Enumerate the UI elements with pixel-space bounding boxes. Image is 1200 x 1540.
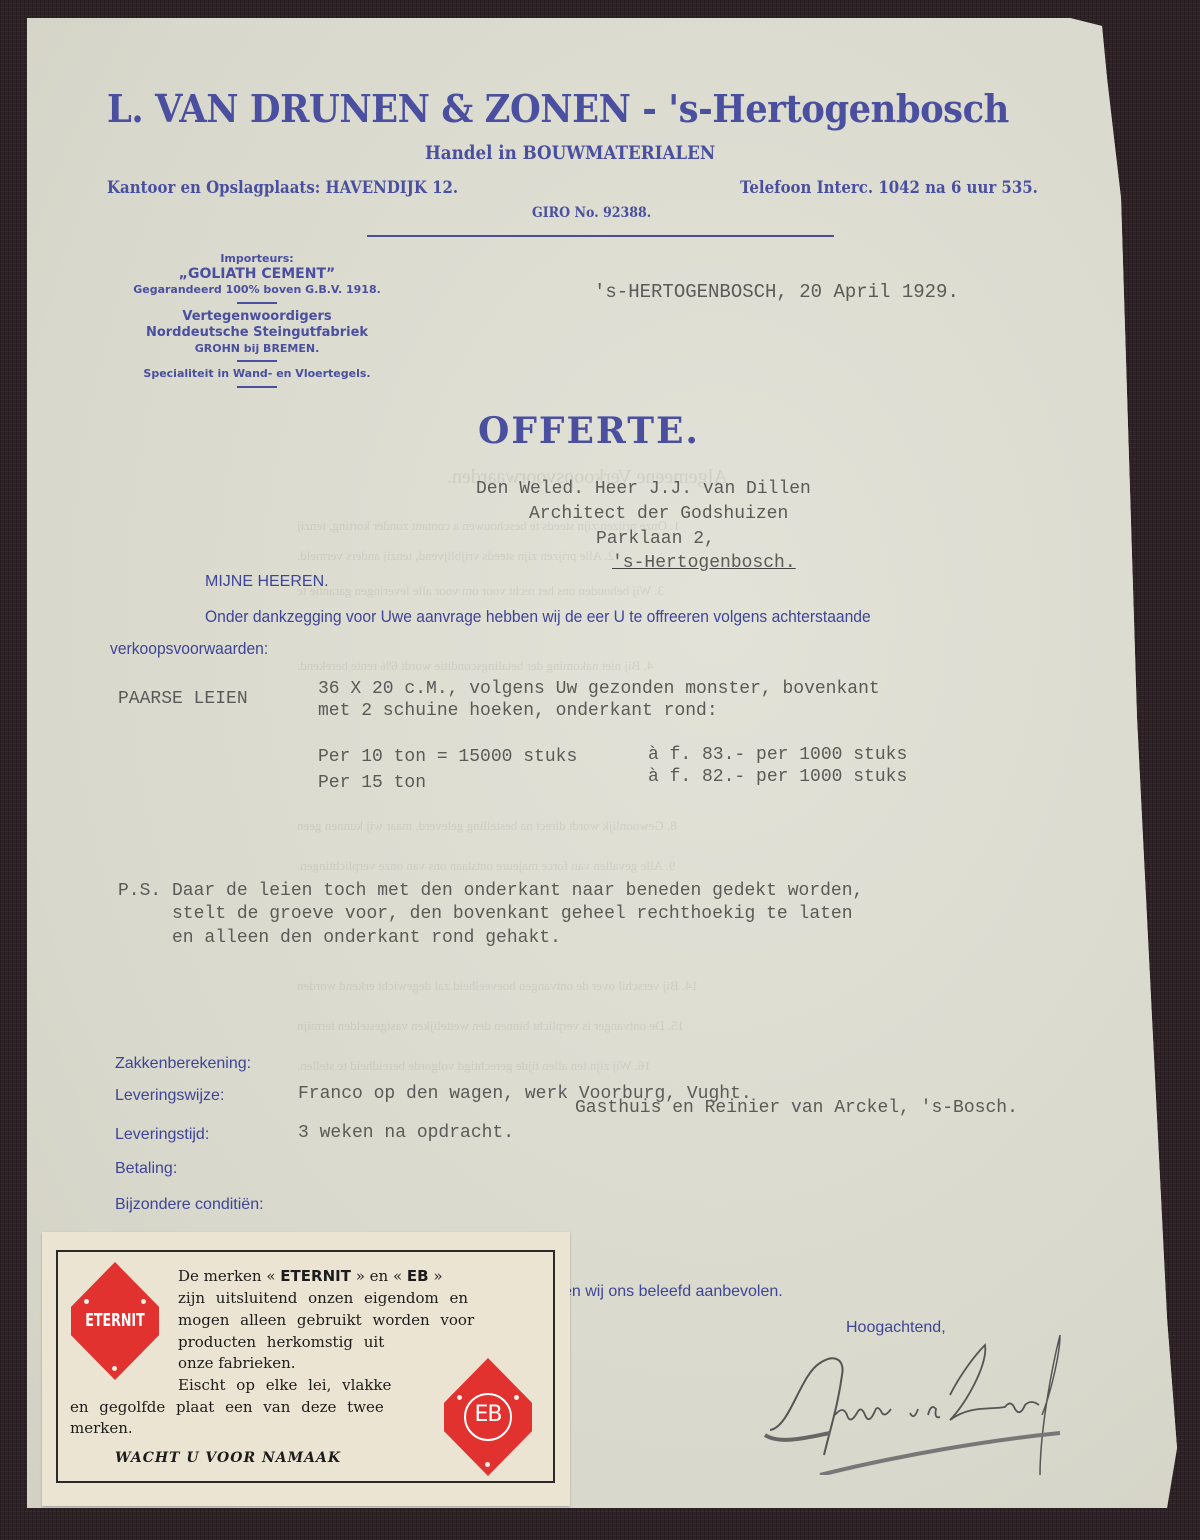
header-divider bbox=[367, 235, 834, 237]
signature bbox=[760, 1335, 1100, 1480]
date-line: 's-HERTOGENBOSCH, 20 April 1929. bbox=[594, 281, 959, 303]
sticker-warning: WACHT U VOOR NAMAAK bbox=[115, 1448, 341, 1469]
show-through-text: 16. Wij zijn ten allen tijde gerechtigd … bbox=[297, 1058, 651, 1074]
sidebar-divider bbox=[237, 386, 277, 388]
sticker-line-1: De merken « ETERNIT » en « EB » bbox=[178, 1266, 443, 1287]
bags-label: Zakkenberekening: bbox=[115, 1055, 251, 1073]
sticker-line-8: merken. bbox=[70, 1418, 133, 1439]
company-telephone: Telefoon Interc. 1042 na 6 uur 535. bbox=[740, 178, 1038, 198]
company-name: L. VAN DRUNEN & ZONEN - 's-Hertogenbosch bbox=[107, 86, 1009, 131]
sticker-line-2: zijn uitsluitend onzen eigendom en bbox=[178, 1288, 468, 1309]
show-through-text: 9. Alle gevallen van force majeure ontsl… bbox=[297, 858, 675, 874]
representative-location: GROHN bij BREMEN. bbox=[108, 342, 406, 356]
closing-text: en wij ons beleefd aanbevolen. bbox=[563, 1283, 783, 1301]
price-row-qty: Per 10 ton = 15000 stuks bbox=[318, 746, 577, 768]
sticker-line-5: onze fabrieken. bbox=[178, 1353, 296, 1374]
delivery-method-label: Leveringswijze: bbox=[115, 1087, 224, 1105]
show-through-text: 3. Wij behouden ons het recht voor om vo… bbox=[297, 583, 664, 599]
company-address: Kantoor en Opslagplaats: HAVENDIJK 12. bbox=[107, 178, 458, 198]
show-through-text: 2. Alle prijzen zijn steeds vrijblijvend… bbox=[297, 548, 614, 564]
postscript-line-3: en alleen den onderkant rond gehakt. bbox=[118, 927, 561, 949]
representative-company: Norddeutsche Steingutfabriek bbox=[108, 325, 406, 341]
show-through-text: 8. Gewoonlijk wordt direct na bestelling… bbox=[297, 818, 677, 834]
eternit-logo-text: ETERNIT bbox=[81, 1310, 150, 1331]
guarantee-text: Gegarandeerd 100% boven G.B.V. 1918. bbox=[108, 283, 406, 297]
eternit-trademark-sticker: ETERNIT EB De merken « ETERNIT » en « EB… bbox=[42, 1232, 570, 1506]
sticker-line-7: en gegolfde plaat een van deze twee bbox=[70, 1397, 384, 1418]
recipient-city: 's-Hertogenbosch. bbox=[612, 553, 796, 573]
show-through-text: 14. Bij verschil over de ontvangen hoeve… bbox=[297, 978, 698, 994]
recipient-street: Parklaan 2, bbox=[596, 529, 715, 549]
sticker-line-3: mogen alleen gebruikt worden voor bbox=[178, 1310, 474, 1331]
price-row-qty: Per 15 ton bbox=[318, 772, 426, 794]
salutation: MIJNE HEEREN. bbox=[205, 573, 329, 591]
company-giro: GIRO No. 92388. bbox=[532, 205, 651, 221]
company-trade: Handel in BOUWMATERIALEN bbox=[425, 142, 715, 164]
offer-description-2: met 2 schuine hoeken, onderkant rond: bbox=[318, 700, 718, 722]
show-through-text: 4. Bij niet nakoming der betalingscondit… bbox=[297, 658, 653, 674]
intro-line-2: verkoopsvoorwaarden: bbox=[110, 639, 268, 659]
recipient-name: Den Weled. Heer J.J. van Dillen bbox=[476, 479, 811, 499]
special-conditions-label: Bijzondere conditiën: bbox=[115, 1196, 264, 1214]
sidebar-divider bbox=[237, 302, 277, 304]
price-row-price: à f. 82.- per 1000 stuks bbox=[648, 766, 907, 788]
eb-logo-text: EB bbox=[444, 1402, 532, 1427]
show-through-text: 15. De ontvanger is verplicht binnen den… bbox=[297, 1018, 684, 1034]
offer-description-1: 36 X 20 c.M., volgens Uw gezonden monste… bbox=[318, 678, 880, 700]
sticker-line-4: producten herkomstig uit bbox=[178, 1332, 384, 1353]
postscript-line-1: P.S. Daar de leien toch met den onderkan… bbox=[118, 880, 863, 902]
recipient-title: Architect der Godshuizen bbox=[529, 504, 788, 524]
letterhead-sidebar: Importeurs: „GOLIATH CEMENT” Gegarandeer… bbox=[108, 252, 406, 393]
delivery-time-value: 3 weken na opdracht. bbox=[298, 1122, 514, 1144]
offer-product: PAARSE LEIEN bbox=[118, 688, 248, 710]
price-row-price: à f. 83.- per 1000 stuks bbox=[648, 744, 907, 766]
sticker-line-6: Eischt op elke lei, vlakke bbox=[178, 1375, 391, 1396]
importers-label: Importeurs: bbox=[108, 252, 406, 266]
sidebar-divider bbox=[237, 360, 277, 362]
payment-label: Betaling: bbox=[115, 1160, 177, 1178]
goliath-cement-brand: „GOLIATH CEMENT” bbox=[108, 266, 406, 284]
intro-line-1: Onder dankzegging voor Uwe aanvrage hebb… bbox=[205, 607, 871, 627]
delivery-method-value-2: Gasthuis en Reinier van Arckel, 's-Bosch… bbox=[575, 1097, 1018, 1119]
document-title: OFFERTE. bbox=[478, 410, 700, 452]
representatives-label: Vertegenwoordigers bbox=[108, 309, 406, 325]
speciality-text: Specialiteit in Wand- en Vloertegels. bbox=[108, 367, 406, 381]
postscript-line-2: stelt de groeve voor, den bovenkant gehe… bbox=[118, 903, 853, 925]
delivery-time-label: Leveringstijd: bbox=[115, 1126, 209, 1144]
